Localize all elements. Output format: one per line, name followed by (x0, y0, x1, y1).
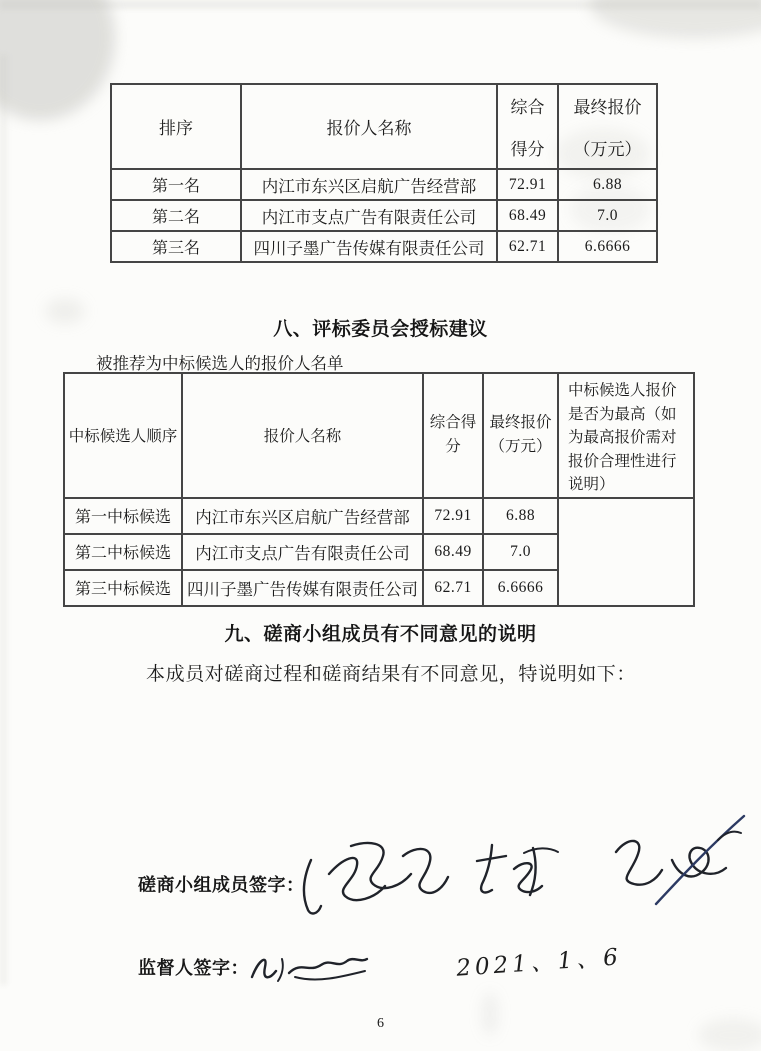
ranking-header-score: 综合 得分 (497, 84, 558, 169)
candidate-header-order: 中标候选人顺序 (64, 373, 182, 498)
ranking-bidder-3: 四川子墨广告传媒有限责任公司 (241, 231, 497, 262)
ranking-rank-1: 第一名 (111, 169, 241, 200)
ranking-header-score-line1: 综合 (500, 93, 555, 118)
candidate-header-price-line1: 最终报价 (486, 411, 555, 435)
candidate-score-1: 72.91 (423, 498, 483, 534)
candidate-order-3: 第三中标候选 (64, 570, 182, 606)
candidate-order-2: 第二中标候选 (64, 534, 182, 570)
section-nine-heading: 九、磋商小组成员有不同意见的说明 (0, 619, 761, 646)
ranking-score-1: 72.91 (497, 169, 558, 200)
candidate-bidder-3: 四川子墨广告传媒有限责任公司 (182, 570, 423, 606)
candidate-header-score: 综合得 分 (423, 373, 483, 498)
candidate-order-1: 第一中标候选 (64, 498, 182, 534)
scan-artifact (0, 55, 7, 985)
supervisor-handwritten-signature (245, 945, 373, 987)
handwritten-signature-2 (470, 840, 564, 900)
candidate-price-2: 7.0 (483, 534, 558, 570)
candidate-header-note: 中标候选人报价是否为最高（如为最高报价需对报价合理性进行说明） (558, 373, 694, 498)
ranking-price-2: 7.0 (558, 200, 657, 231)
ranking-row-3: 第三名 四川子墨广告传媒有限责任公司 62.71 6.6666 (111, 231, 657, 262)
section-eight-heading: 八、评标委员会授标建议 (0, 314, 761, 341)
candidate-price-1: 6.88 (483, 498, 558, 534)
candidate-header-price: 最终报价 （万元） (483, 373, 558, 498)
ranking-bidder-1: 内江市东兴区启航广告经营部 (241, 169, 497, 200)
ranking-header-score-line2: 得分 (500, 135, 555, 160)
page-number: 6 (0, 1016, 761, 1032)
candidate-table-header-row: 中标候选人顺序 报价人名称 综合得 分 最终报价 （万元） 中标候选人报价是否为… (64, 373, 694, 498)
candidate-price-3: 6.6666 (483, 570, 558, 606)
ranking-price-1: 6.88 (558, 169, 657, 200)
ranking-header-price-line1: 最终报价 (561, 93, 654, 118)
candidate-score-2: 68.49 (423, 534, 483, 570)
ranking-header-bidder: 报价人名称 (241, 84, 497, 169)
ranking-header-price-line2: （万元） (561, 135, 654, 160)
group-signature-label: 磋商小组成员签字： (138, 871, 305, 897)
section-nine-body: 本成员对磋商过程和磋商结果有不同意见，特说明如下： (146, 659, 636, 686)
candidate-note-cell (558, 498, 694, 606)
candidate-score-3: 62.71 (423, 570, 483, 606)
ranking-price-3: 6.6666 (558, 231, 657, 262)
scan-artifact (0, 0, 761, 9)
ranking-row-1: 第一名 内江市东兴区启航广告经营部 72.91 6.88 (111, 169, 657, 200)
scanned-document-page: 排序 报价人名称 综合 得分 最终报价 （万元） 第一名 内江市东兴区启航广告经… (0, 0, 761, 1051)
ranking-header-price: 最终报价 （万元） (558, 84, 657, 169)
candidate-table: 中标候选人顺序 报价人名称 综合得 分 最终报价 （万元） 中标候选人报价是否为… (63, 372, 695, 607)
ranking-header-rank: 排序 (111, 84, 241, 169)
candidate-bidder-2: 内江市支点广告有限责任公司 (182, 534, 423, 570)
scan-artifact (590, 0, 761, 38)
ranking-score-3: 62.71 (497, 231, 558, 262)
ranking-rank-3: 第三名 (111, 231, 241, 262)
handwritten-date: 2021、1、6 (455, 938, 623, 982)
handwritten-signature-3 (600, 812, 748, 910)
candidate-list-subtitle: 被推荐为中标候选人的报价人名单 (96, 350, 344, 374)
ranking-rank-2: 第二名 (111, 200, 241, 231)
candidate-header-score-line1: 综合得 (426, 411, 480, 435)
candidate-row-1: 第一中标候选 内江市东兴区启航广告经营部 72.91 6.88 (64, 498, 694, 534)
ranking-table: 排序 报价人名称 综合 得分 最终报价 （万元） 第一名 内江市东兴区启航广告经… (110, 83, 658, 263)
ranking-score-2: 68.49 (497, 200, 558, 231)
scan-artifact (0, 0, 115, 120)
ranking-bidder-2: 内江市支点广告有限责任公司 (241, 200, 497, 231)
candidate-bidder-1: 内江市东兴区启航广告经营部 (182, 498, 423, 534)
candidate-header-price-line2: （万元） (486, 435, 555, 459)
candidate-header-bidder: 报价人名称 (182, 373, 423, 498)
supervisor-signature-label: 监督人签字： (138, 954, 249, 980)
handwritten-signature-1 (299, 834, 451, 918)
ranking-table-header-row: 排序 报价人名称 综合 得分 最终报价 （万元） (111, 84, 657, 169)
candidate-header-score-line2: 分 (426, 435, 480, 459)
ranking-row-2: 第二名 内江市支点广告有限责任公司 68.49 7.0 (111, 200, 657, 231)
